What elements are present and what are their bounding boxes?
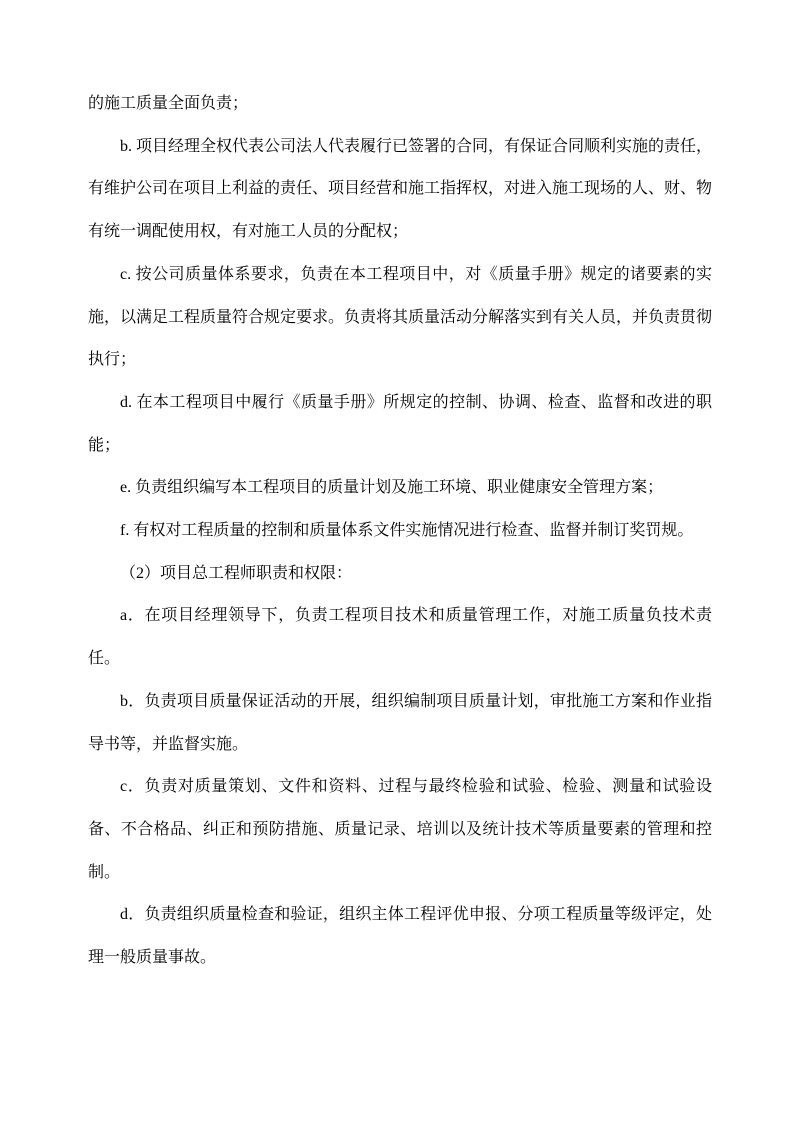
paragraph: c. 按公司质量体系要求，负责在本工程项目中，对《质量手册》规定的诸要素的实施，… [88,254,712,382]
paragraph: f. 有权对工程质量的控制和质量体系文件实施情况进行检查、监督并制订奖罚规。 [88,510,712,553]
paragraph: （2）项目总工程师职责和权限： [88,553,712,596]
paragraph: e. 负责组织编写本工程项目的质量计划及施工环境、职业健康安全管理方案； [88,467,712,510]
paragraph: d．负责组织质量检查和验证，组织主体工程评优申报、分项工程质量等级评定，处理一般… [88,894,712,979]
paragraph: 的施工质量全面负责； [88,83,712,126]
paragraph: b. 项目经理全权代表公司法人代表履行已签署的合同，有保证合同顺利实施的责任，有… [88,126,712,254]
paragraph: c．负责对质量策划、文件和资料、过程与最终检验和试验、检验、测量和试验设备、不合… [88,766,712,894]
document-body-text: 的施工质量全面负责； b. 项目经理全权代表公司法人代表履行已签署的合同，有保证… [88,83,712,980]
paragraph: b．负责项目质量保证活动的开展，组织编制项目质量计划，审批施工方案和作业指导书等… [88,681,712,766]
document-page: 的施工质量全面负责； b. 项目经理全权代表公司法人代表履行已签署的合同，有保证… [0,0,793,1122]
paragraph: a．在项目经理领导下，负责工程项目技术和质量管理工作，对施工质量负技术责任。 [88,595,712,680]
paragraph: d. 在本工程项目中履行《质量手册》所规定的控制、协调、检查、监督和改进的职能； [88,382,712,467]
